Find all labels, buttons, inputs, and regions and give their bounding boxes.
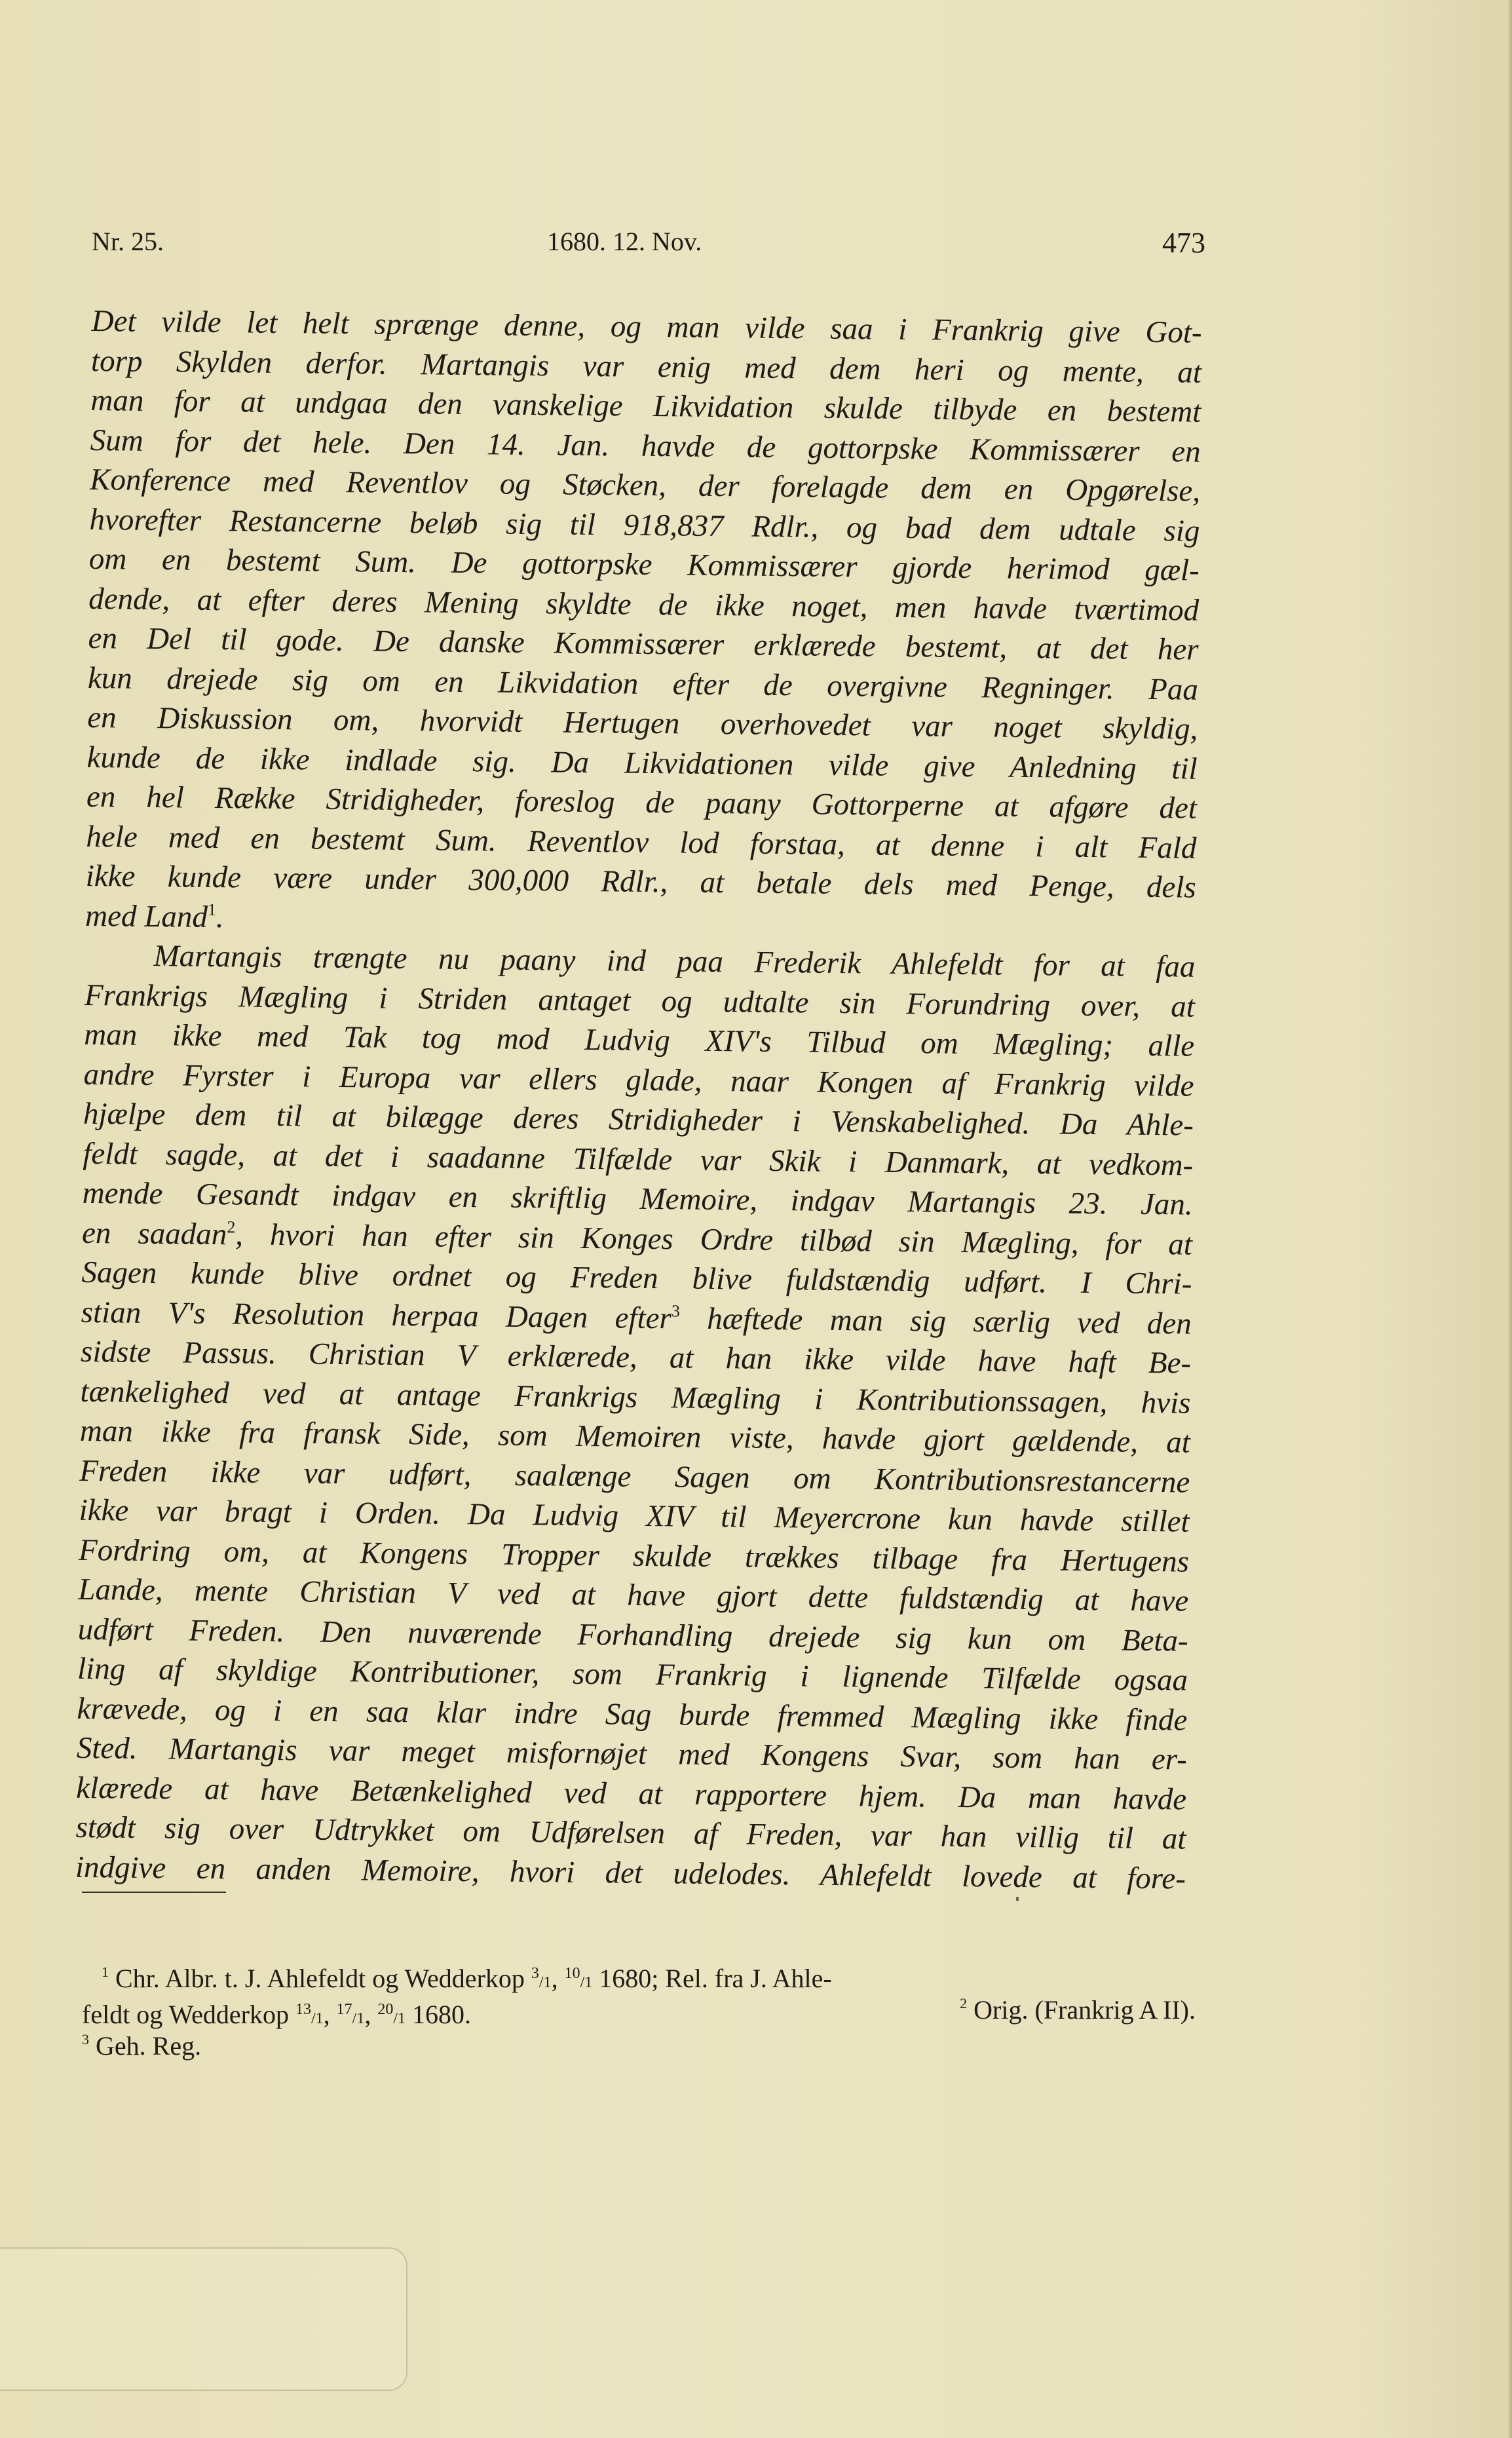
footnote-1-line-1: 1 Chr. Albr. t. J. Ahlefeldt og Wedderko… [82, 1956, 1196, 1992]
book-page: Nr. 25. 1680. 12. Nov. 473 Det vilde let… [0, 0, 1512, 2438]
line-text: hæftede man sig særlig ved den [680, 1301, 1192, 1341]
line-text: med Land [85, 898, 208, 934]
footnote-text: feldt og Wedderkop [82, 2000, 295, 2029]
footnote-marker: 3 [82, 2031, 89, 2048]
line-text: . [216, 900, 224, 934]
footnote-text: Orig. (Frankrig A II). [973, 1995, 1196, 2025]
line-text: stian V's Resolution herpaa Dagen efter [81, 1295, 672, 1335]
footnotes: 1 Chr. Albr. t. J. Ahlefeldt og Wedderko… [82, 1956, 1196, 2064]
footnote-reference: 2 [227, 1217, 235, 1236]
footnote-3: 3 Geh. Reg. [82, 2028, 1196, 2064]
tape-mark [0, 2247, 407, 2391]
body-text: Det vilde let helt sprænge denne, og man… [75, 301, 1202, 1899]
line-text: Martangis trængte nu paany ind paa Frede… [153, 939, 1195, 984]
footnote-marker: 1 [102, 1964, 109, 1980]
date-fraction: 20/1 [377, 2010, 406, 2027]
footnote-text: Chr. Albr. t. J. Ahlefeldt og Wedderkop [115, 1964, 531, 1993]
footnote-1-line-2: feldt og Wedderkop 13/1, 17/1, 20/1 1680… [82, 1992, 1196, 2028]
footnote-text: Geh. Reg. [96, 2031, 201, 2061]
line-text: en saadan [82, 1215, 227, 1251]
document-number: Nr. 25. [92, 226, 164, 257]
page-number: 473 [1162, 226, 1205, 259]
date-fraction: 10/1 [565, 1974, 593, 1991]
header-date: 1680. 12. Nov. [547, 226, 702, 257]
page-edge [1508, 0, 1512, 2438]
date-fraction: 13/1 [295, 2010, 324, 2027]
footnote-reference: 1 [208, 900, 216, 919]
date-fraction: 17/1 [337, 2010, 365, 2027]
footnote-reference: 3 [671, 1301, 680, 1320]
footnote-2: 2 Orig. (Frankrig A II). [960, 1992, 1196, 2028]
print-speck [1016, 1897, 1019, 1901]
footnote-text: 1680. [406, 2000, 471, 2029]
footnote-separator [82, 1892, 226, 1893]
date-fraction: 3/1 [531, 1974, 552, 1991]
footnote-text: 1680; Rel. fra J. Ahle- [592, 1964, 832, 1993]
footnote-marker: 2 [960, 1995, 967, 2011]
line-text: , hvori han efter sin Konges Ordre tilbø… [235, 1217, 1192, 1261]
running-header: Nr. 25. 1680. 12. Nov. 473 [92, 226, 1205, 265]
